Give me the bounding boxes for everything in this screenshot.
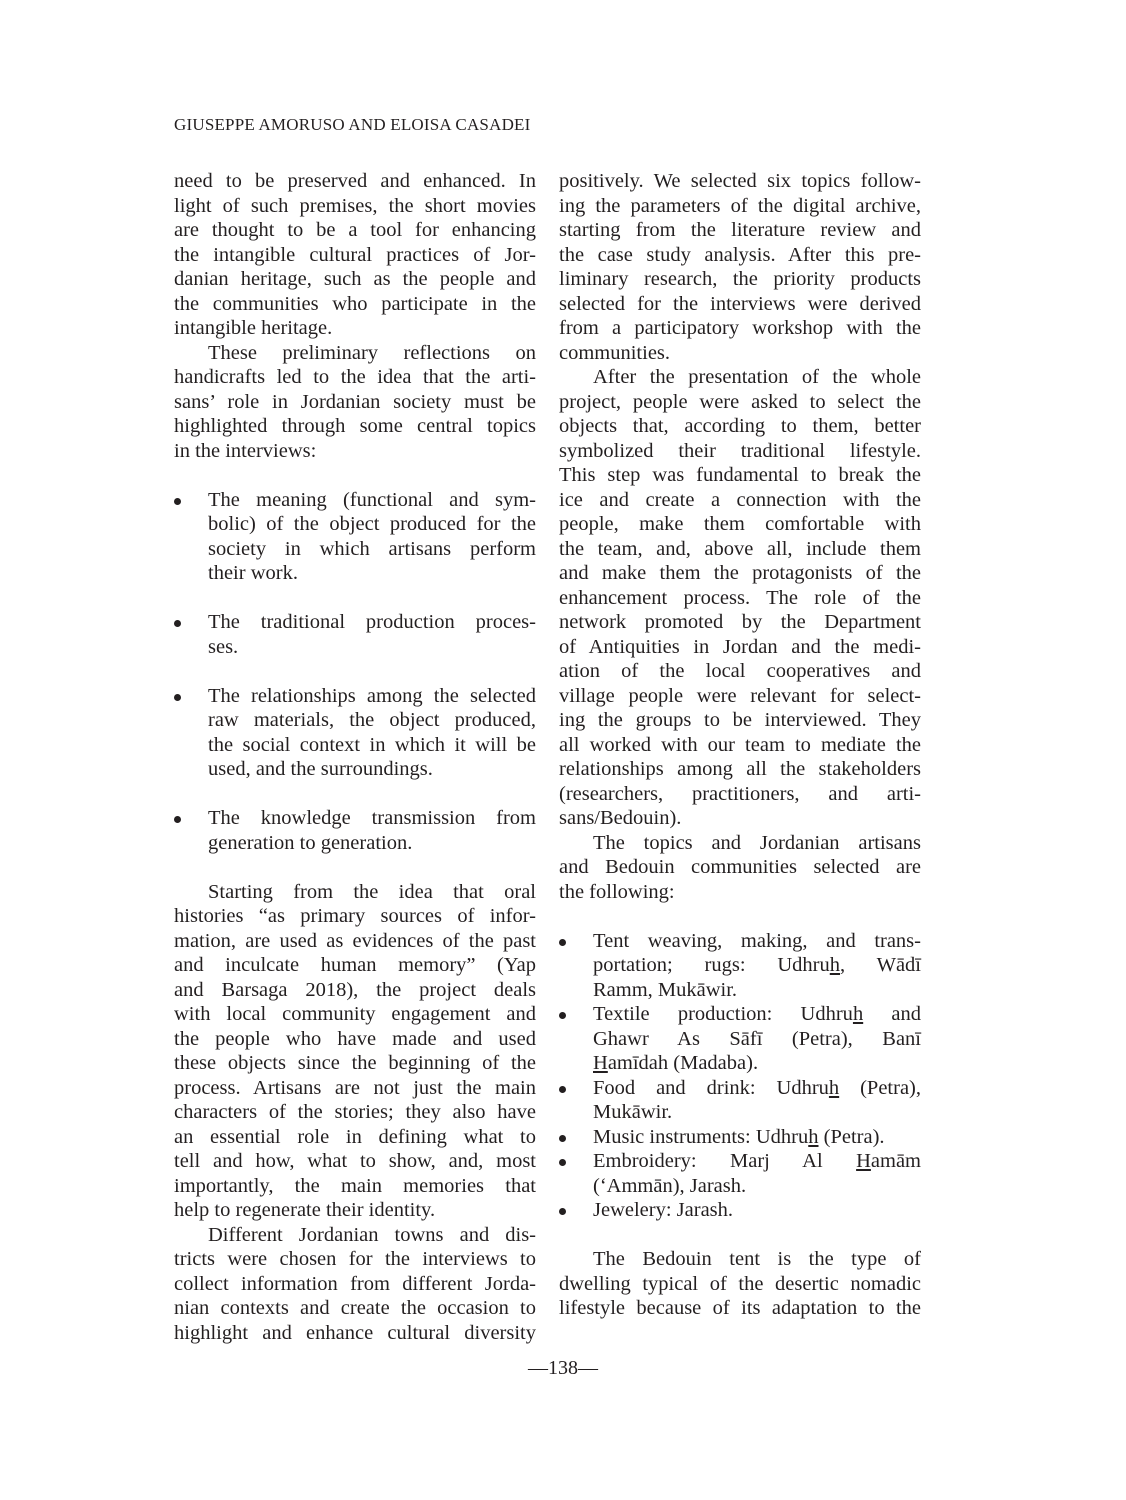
list-item: The knowledge transmission from generati… (174, 806, 536, 855)
bullet-list: The meaning (functional and sym- bolic) … (174, 488, 536, 856)
text-line: Ramm, Mukāwir. (593, 978, 921, 1003)
text-line: communities. (559, 341, 921, 366)
text-line: Mukāwir. (593, 1100, 921, 1125)
text-line: characters of the stories; they also hav… (174, 1100, 536, 1125)
text-line: an essential role in defining what to (174, 1125, 536, 1150)
text-line: Jewelery: Jarash. (593, 1198, 921, 1223)
text-line: with local community engagement and (174, 1002, 536, 1027)
text-line: collect information from different Jorda… (174, 1272, 536, 1297)
text-line: the people who have made and used (174, 1027, 536, 1052)
text-line: Textile production: Udhruh and (593, 1002, 921, 1027)
bullet-icon (559, 939, 566, 946)
text-line: selected for the interviews were derived (559, 292, 921, 317)
text-line: network promoted by the Department (559, 610, 921, 635)
text-line: their work. (208, 561, 536, 586)
running-head: GIUSEPPE AMORUSO AND ELOISA CASADEI (174, 115, 531, 135)
text-line: (‘Ammān), Jarash. (593, 1174, 921, 1199)
text-line: of Antiquities in Jordan and the medi- (559, 635, 921, 660)
list-item-tent-weaving: Tent weaving, making, and trans- portati… (559, 929, 921, 1003)
paragraph: Starting from the idea that oral histori… (174, 880, 536, 1223)
text-line: importantly, the main memories that (174, 1174, 536, 1199)
paragraph: The topics and Jordanian artisans and Be… (559, 831, 921, 905)
text-line: from a participatory workshop with the (559, 316, 921, 341)
text-line: highlight and enhance cultural diversity (174, 1321, 536, 1346)
text-line: highlighted through some central topics (174, 414, 536, 439)
list-item-food-drink: Food and drink: Udhruh (Petra), Mukāwir. (559, 1076, 921, 1125)
paragraph: These preliminary reflections on handicr… (174, 341, 536, 464)
text-line: ing the parameters of the digital archiv… (559, 194, 921, 219)
text-line: objects that, according to them, better (559, 414, 921, 439)
text-line: lifestyle because of its adaptation to t… (559, 1296, 921, 1321)
text-line: process. Artisans are not just the main (174, 1076, 536, 1101)
text-line: ses. (208, 635, 536, 660)
list-item-jewelery: Jewelery: Jarash. (559, 1198, 921, 1223)
list-item-embroidery: Embroidery: Marj Al Hamām (‘Ammān), Jara… (559, 1149, 921, 1198)
text-line: the following: (559, 880, 921, 905)
text-line: portation; rugs: Udhruh, Wādī (593, 953, 921, 978)
text-line: all worked with our team to mediate the (559, 733, 921, 758)
text-line: dwelling typical of the desertic nomadic (559, 1272, 921, 1297)
bullet-icon (174, 498, 181, 505)
text-line: Starting from the idea that oral (174, 880, 536, 905)
bullet-icon (559, 1159, 566, 1166)
text-line: Ghawr As Sāfī (Petra), Banī (593, 1027, 921, 1052)
bullet-icon (174, 694, 181, 701)
text-line: Different Jordanian towns and dis- (174, 1223, 536, 1248)
text-line: Music instruments: Udhruh (Petra). (593, 1125, 921, 1150)
text-line: intangible heritage. (174, 316, 536, 341)
text-line: The topics and Jordanian artisans (559, 831, 921, 856)
text-line: handicrafts led to the idea that the art… (174, 365, 536, 390)
text-line: people, make them comfortable with (559, 512, 921, 537)
text-line: need to be preserved and enhanced. In (174, 169, 536, 194)
text-line: sans/Bedouin). (559, 806, 921, 831)
paragraph: need to be preserved and enhanced. In li… (174, 169, 536, 341)
text-line: bolic) of the object produced for the (208, 512, 536, 537)
text-line: The Bedouin tent is the type of (559, 1247, 921, 1272)
paragraph: positively. We selected six topics follo… (559, 169, 921, 365)
text-line: the social context in which it will be (208, 733, 536, 758)
text-line: and Barsaga 2018), the project deals (174, 978, 536, 1003)
text-line: liminary research, the priority products (559, 267, 921, 292)
paragraph: After the presentation of the whole proj… (559, 365, 921, 831)
text-line: The knowledge transmission from (208, 806, 536, 831)
text-line: society in which artisans perform (208, 537, 536, 562)
text-line: After the presentation of the whole (559, 365, 921, 390)
text-line: positively. We selected six topics follo… (559, 169, 921, 194)
text-line: The traditional production proces- (208, 610, 536, 635)
text-line: and Bedouin communities selected are (559, 855, 921, 880)
text-line: This step was fundamental to break the (559, 463, 921, 488)
text-line: These preliminary reflections on (174, 341, 536, 366)
text-line: tell and how, what to show, and, most (174, 1149, 536, 1174)
text-line: ice and create a connection with the (559, 488, 921, 513)
text-line: symbolized their traditional lifestyle. (559, 439, 921, 464)
text-line: the communities who participate in the (174, 292, 536, 317)
text-line: used, and the surroundings. (208, 757, 536, 782)
text-line: histories “as primary sources of infor- (174, 904, 536, 929)
list-item: The meaning (functional and sym- bolic) … (174, 488, 536, 586)
left-column: need to be preserved and enhanced. In li… (174, 169, 536, 1345)
paragraph: Different Jordanian towns and dis- trict… (174, 1223, 536, 1346)
bullet-icon (559, 1086, 566, 1093)
text-line: mation, are used as evidences of the pas… (174, 929, 536, 954)
text-line: raw materials, the object produced, (208, 708, 536, 733)
text-line: these objects since the beginning of the (174, 1051, 536, 1076)
text-line: Food and drink: Udhruh (Petra), (593, 1076, 921, 1101)
text-line: Embroidery: Marj Al Hamām (593, 1149, 921, 1174)
text-line: help to regenerate their identity. (174, 1198, 536, 1223)
text-line: ation of the local cooperatives and (559, 659, 921, 684)
text-line: nian contexts and create the occasion to (174, 1296, 536, 1321)
text-line: The meaning (functional and sym- (208, 488, 536, 513)
text-line: starting from the literature review and (559, 218, 921, 243)
list-item: The traditional production proces- ses. (174, 610, 536, 659)
text-line: relationships among all the stakeholders (559, 757, 921, 782)
bullet-icon (559, 1012, 566, 1019)
text-line: sans’ role in Jordanian society must be (174, 390, 536, 415)
text-line: (researchers, practitioners, and arti- (559, 782, 921, 807)
text-line: Tent weaving, making, and trans- (593, 929, 921, 954)
text-line: The relationships among the selected (208, 684, 536, 709)
text-line: the team, and, above all, include them (559, 537, 921, 562)
bullet-icon (559, 1135, 566, 1142)
text-line: the case study analysis. After this pre- (559, 243, 921, 268)
text-line: ing the groups to be interviewed. They (559, 708, 921, 733)
text-line: generation to generation. (208, 831, 536, 856)
paragraph: The Bedouin tent is the type of dwelling… (559, 1247, 921, 1321)
list-item: The relationships among the selected raw… (174, 684, 536, 782)
text-line: and make them the protagonists of the (559, 561, 921, 586)
topics-list: Tent weaving, making, and trans- portati… (559, 929, 921, 1223)
text-line: and inculcate human memory” (Yap (174, 953, 536, 978)
text-line: light of such premises, the short movies (174, 194, 536, 219)
text-line: enhancement process. The role of the (559, 586, 921, 611)
list-item-music: Music instruments: Udhruh (Petra). (559, 1125, 921, 1150)
text-line: Hamīdah (Madaba). (593, 1051, 921, 1076)
list-item-textile: Textile production: Udhruh and Ghawr As … (559, 1002, 921, 1076)
page-number: —138— (0, 1356, 1126, 1380)
bullet-icon (174, 620, 181, 627)
text-line: danian heritage, such as the people and (174, 267, 536, 292)
right-column: positively. We selected six topics follo… (559, 169, 921, 1321)
text-line: project, people were asked to select the (559, 390, 921, 415)
text-line: the intangible cultural practices of Jor… (174, 243, 536, 268)
text-line: are thought to be a tool for enhancing (174, 218, 536, 243)
bullet-icon (559, 1208, 566, 1215)
text-line: tricts were chosen for the interviews to (174, 1247, 536, 1272)
bullet-icon (174, 816, 181, 823)
text-line: village people were relevant for select- (559, 684, 921, 709)
text-line: in the interviews: (174, 439, 536, 464)
